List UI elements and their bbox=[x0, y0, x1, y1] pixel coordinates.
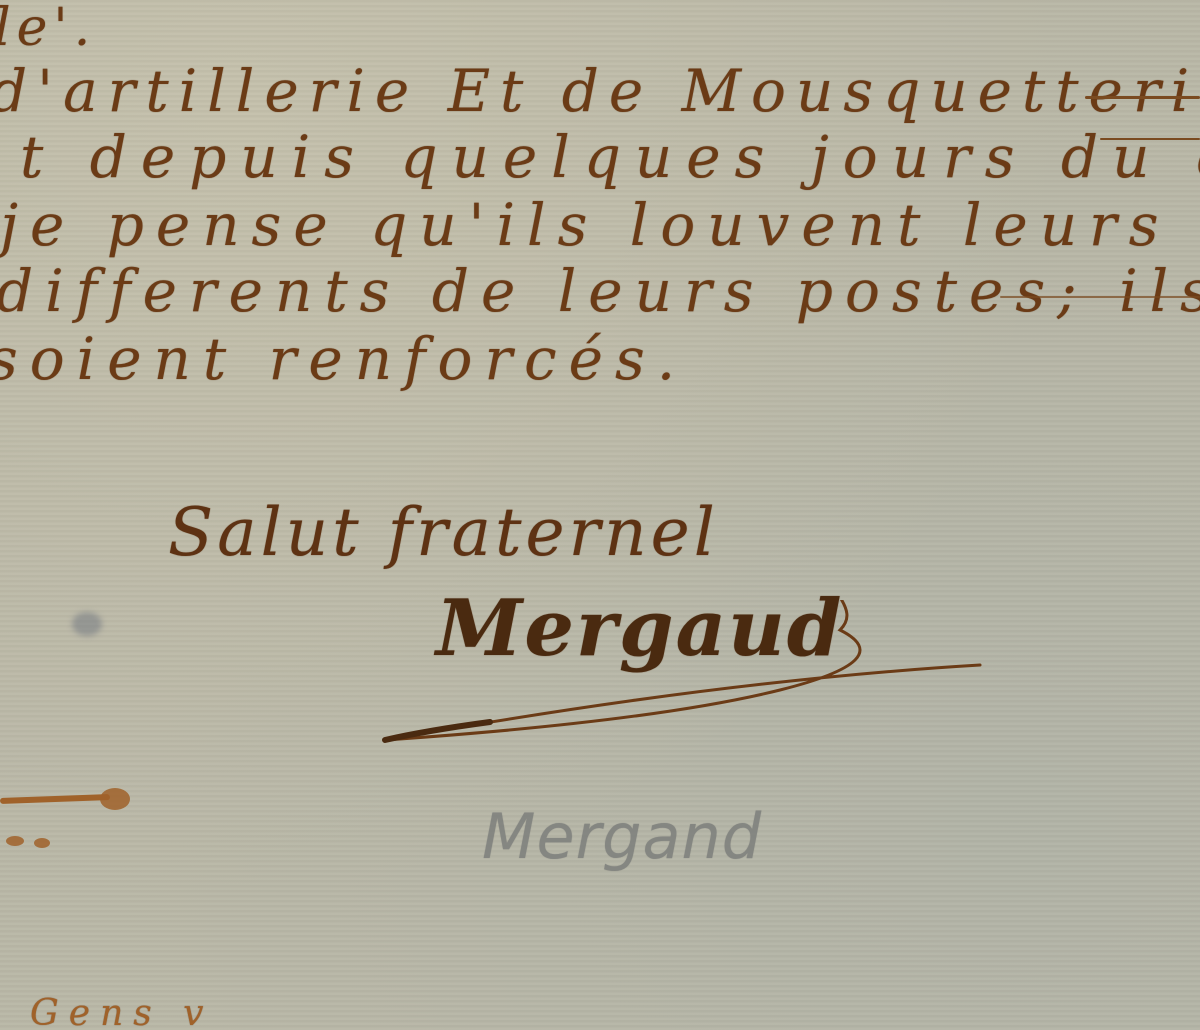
body-line-5: differents de leurs postes; ils ne bbox=[0, 262, 1200, 320]
ink-blot bbox=[34, 838, 50, 848]
ink-blot bbox=[6, 836, 24, 846]
pencil-annotation: Mergand bbox=[482, 800, 762, 873]
body-line-6: soient renforcés. bbox=[0, 330, 687, 388]
closing-salutation: Salut fraternel bbox=[168, 500, 719, 566]
ink-stroke bbox=[1000, 296, 1200, 298]
ink-stroke bbox=[1085, 96, 1200, 99]
body-line-4: je pense qu'ils louvent leurs rec bbox=[0, 196, 1200, 254]
body-line-2: d'artillerie Et de Mousquetterie bbox=[0, 62, 1200, 120]
letter-page: le'. d'artillerie Et de Mousquetterie t … bbox=[0, 0, 1200, 1030]
body-line-3: t depuis quelques jours du co bbox=[20, 128, 1200, 186]
ink-stroke bbox=[0, 794, 110, 804]
bottom-left-fragment: Gens v bbox=[30, 996, 214, 1030]
ink-blot bbox=[100, 788, 130, 810]
signature-flourish-icon bbox=[380, 600, 1000, 750]
ink-stroke bbox=[1100, 138, 1200, 140]
body-line-1: le'. bbox=[0, 2, 96, 54]
pencil-smudge bbox=[72, 612, 102, 636]
